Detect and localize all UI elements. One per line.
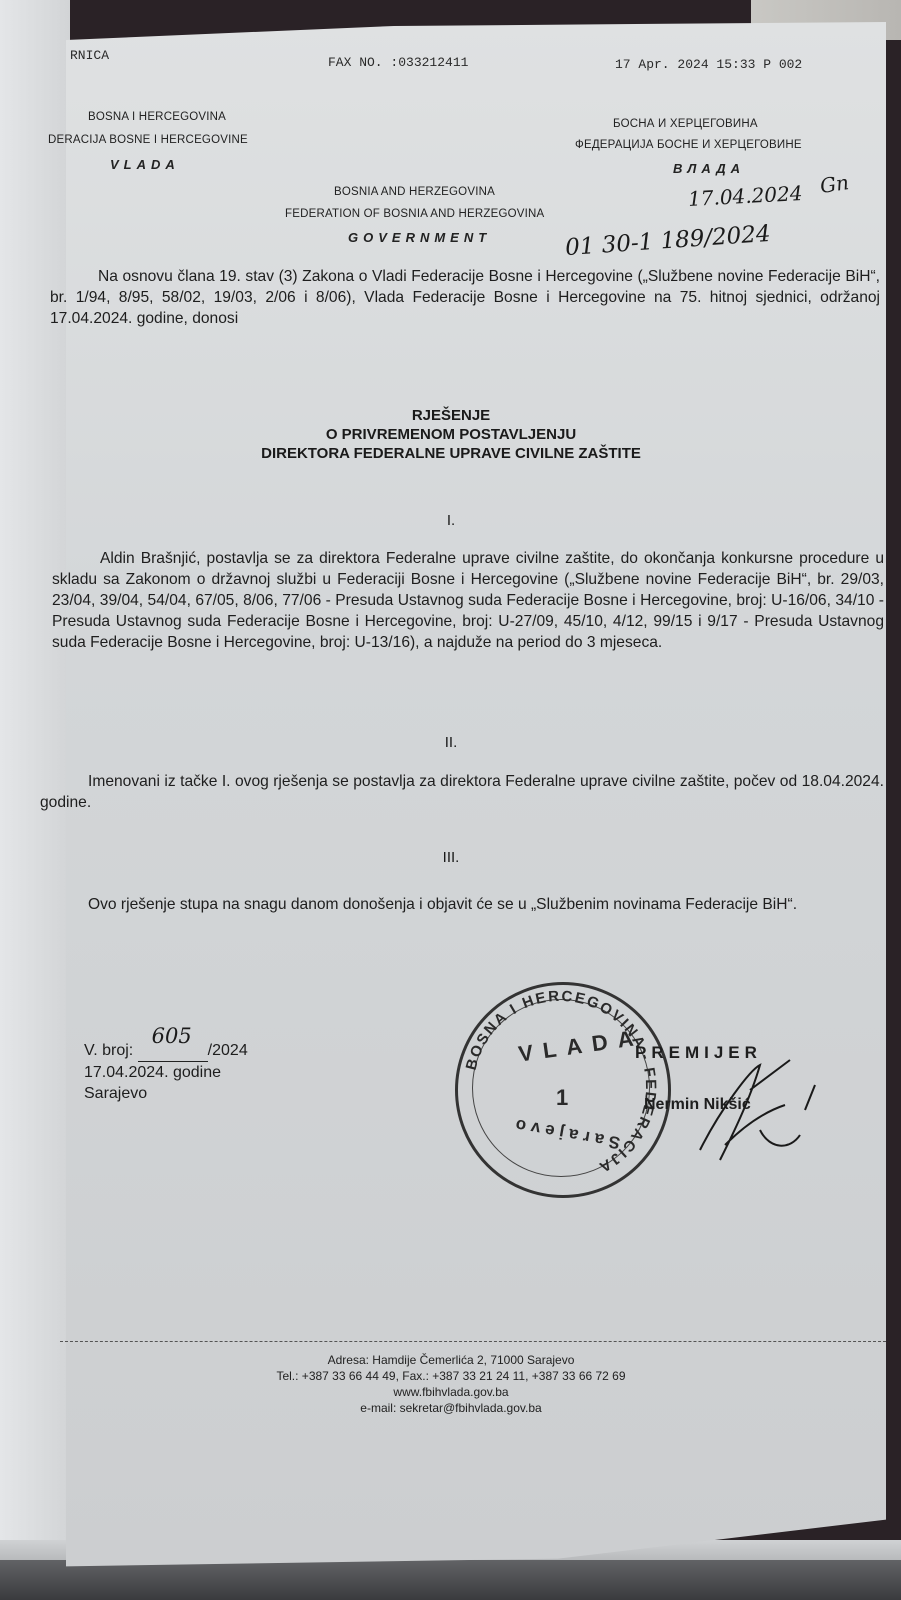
footer-phones: Tel.: +387 33 66 44 49, Fax.: +387 33 21… (66, 1368, 836, 1384)
decision-number-line: V. broj: 605 /2024 (84, 1040, 248, 1062)
letterhead-latin-country: BOSNA I HERCEGOVINA (88, 111, 226, 123)
footer-website: www.fbihvlada.gov.ba (66, 1384, 836, 1400)
handwritten-decision-number: 605 (152, 1026, 192, 1047)
fax-number: FAX NO. :033212411 (328, 55, 468, 70)
decision-place: Sarajevo (84, 1083, 248, 1104)
section-3-text: Ovo rješenje stupa na snagu danom donoše… (40, 894, 900, 915)
handwritten-initials: Gn (818, 170, 850, 198)
handwritten-signature (690, 1050, 820, 1170)
decision-number-label: V. broj: (84, 1042, 133, 1059)
fax-timestamp: 17 Apr. 2024 15:33 P 002 (615, 57, 802, 72)
title-line-2: O PRIVREMENOM POSTAVLJENJU (66, 425, 836, 444)
title-line-3: DIREKTORA FEDERALNE UPRAVE CIVILNE ZAŠTI… (66, 444, 836, 463)
letterhead-english-federation: FEDERATION OF BOSNIA AND HERZEGOVINA (285, 208, 544, 220)
letterhead-english-country: BOSNIA AND HERZEGOVINA (334, 186, 495, 198)
footer: Adresa: Hamdije Čemerlića 2, 71000 Saraj… (66, 1352, 836, 1416)
section-1-numeral: I. (66, 512, 836, 529)
letterhead-cyrillic-federation: ФЕДЕРАЦИЈА БОСНЕ И ХЕРЦЕГОВИНЕ (575, 139, 802, 151)
letterhead-latin-government: VLADA (110, 157, 180, 172)
letterhead-cyrillic-government: ВЛАДА (673, 161, 745, 176)
decision-number-suffix: /2024 (208, 1042, 248, 1059)
letterhead-english-government: GOVERNMENT (348, 230, 491, 245)
decision-number-blank: 605 (138, 1040, 208, 1062)
section-3-numeral: III. (66, 849, 836, 866)
official-stamp: BOSNA I HERCEGOVINA - FEDERACIJA VLADA 1… (455, 982, 671, 1198)
preamble-paragraph: Na osnovu člana 19. stav (3) Zakona o Vl… (50, 266, 880, 329)
footer-address: Adresa: Hamdije Čemerlića 2, 71000 Saraj… (66, 1352, 836, 1368)
letterhead-latin-federation: DERACIJA BOSNE I HERCEGOVINE (48, 134, 248, 146)
decision-number-block: V. broj: 605 /2024 17.04.2024. godine Sa… (84, 1040, 248, 1104)
footer-divider (60, 1341, 886, 1342)
title-line-1: RJEŠENJE (66, 406, 836, 425)
section-2-text: Imenovani iz tačke I. ovog rješenja se p… (40, 771, 884, 813)
section-1-text: Aldin Brašnjić, postavlja se za direktor… (52, 548, 884, 653)
svg-text:BOSNA I HERCEGOVINA - FEDERACI: BOSNA I HERCEGOVINA - FEDERACIJA (463, 988, 659, 1177)
fax-sender: RNICA (70, 48, 109, 63)
stamp-number: 1 (556, 1085, 568, 1111)
footer-email: e-mail: sekretar@fbihvlada.gov.ba (66, 1400, 836, 1416)
section-2-numeral: II. (66, 734, 836, 751)
letterhead-cyrillic-country: БОСНА И ХЕРЦЕГОВИНА (613, 118, 758, 130)
decision-title: RJEŠENJE O PRIVREMENOM POSTAVLJENJU DIRE… (66, 406, 836, 463)
decision-date: 17.04.2024. godine (84, 1062, 248, 1083)
